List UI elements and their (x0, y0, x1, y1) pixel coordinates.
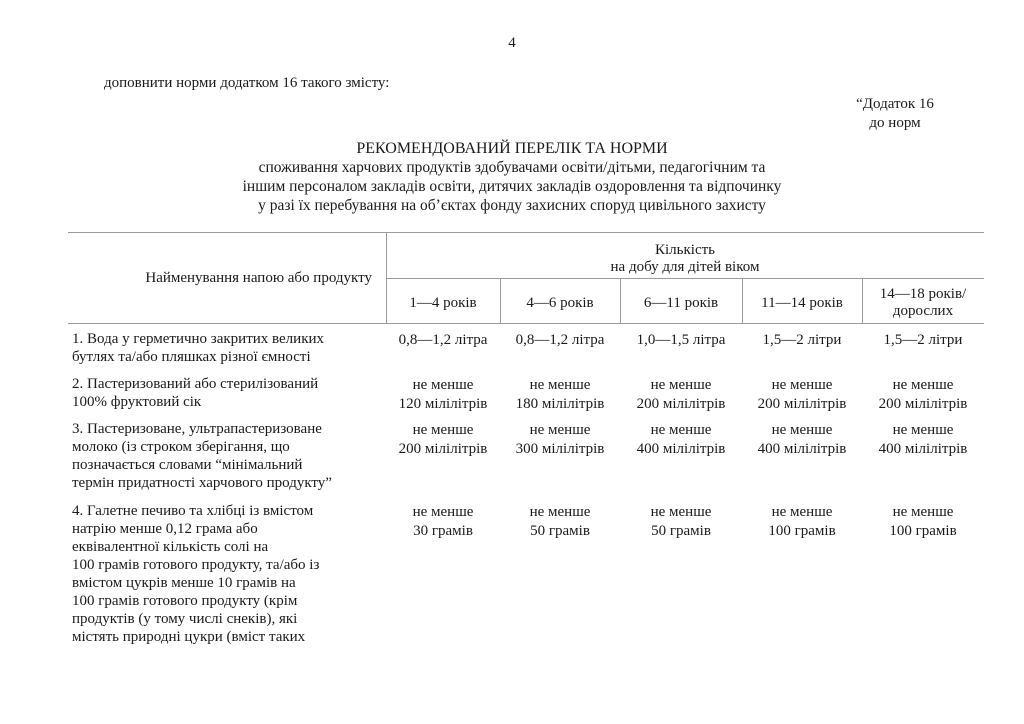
product-name-line: 2. Пастеризований або стерилізований (72, 375, 384, 393)
quantity-line: не менше (386, 376, 500, 395)
header-quantity: Кількість на добу для дітей віком (386, 242, 984, 276)
quantity-line: 50 грамів (620, 522, 742, 541)
quantity-line: не менше (620, 421, 742, 440)
title-line-4: у разі їх перебування на об’єктах фонду … (0, 196, 1024, 215)
quantity-line: не менше (500, 503, 620, 522)
quantity-line: не менше (620, 503, 742, 522)
table-cell-quantity: 0,8—1,2 літра (500, 331, 620, 350)
quantity-line: не менше (500, 421, 620, 440)
product-name-line: 100 грамів готового продукту (крім (72, 592, 384, 610)
quantity-line: не менше (500, 376, 620, 395)
header-age-6-11: 6—11 років (620, 284, 742, 322)
header-age-4-6: 4—6 років (500, 284, 620, 322)
table-cell-quantity: не менше400 мілілітрів (862, 421, 984, 459)
quantity-line: 300 мілілітрів (500, 440, 620, 459)
title-main: РЕКОМЕНДОВАНИЙ ПЕРЕЛІК ТА НОРМИ (0, 139, 1024, 158)
product-name-line: містять природні цукри (вміст таких (72, 628, 384, 646)
annex-label: “Додаток 16 до норм (820, 95, 970, 133)
table-cell-quantity: 1,5—2 літри (862, 331, 984, 350)
product-name-line: термін придатності харчового продукту” (72, 474, 384, 492)
header-product-name: Найменування напою або продукту (68, 270, 386, 287)
quantity-line: 100 грамів (742, 522, 862, 541)
quantity-line: не менше (742, 503, 862, 522)
quantity-line: 400 мілілітрів (862, 440, 984, 459)
table-cell-quantity: не менше300 мілілітрів (500, 421, 620, 459)
table-cell-quantity: не менше100 грамів (742, 503, 862, 541)
quantity-line: 1,5—2 літри (742, 331, 862, 350)
quantity-line: 400 мілілітрів (620, 440, 742, 459)
age-label: 4—6 років (526, 295, 593, 312)
annex-line-2: до норм (820, 114, 970, 133)
quantity-line: не менше (742, 376, 862, 395)
header-quantity-line-2: на добу для дітей віком (386, 259, 984, 276)
table-cell-quantity: не менше400 мілілітрів (620, 421, 742, 459)
table-row-product-name: 4. Галетне печиво та хлібці із вмістомна… (72, 502, 384, 646)
quantity-line: 30 грамів (386, 522, 500, 541)
age-label: 1—4 років (409, 295, 476, 312)
table-cell-quantity: не менше50 грамів (620, 503, 742, 541)
quantity-line: не менше (862, 376, 984, 395)
quantity-line: 200 мілілітрів (742, 395, 862, 414)
table-cell-quantity: не менше120 мілілітрів (386, 376, 500, 414)
table-cell-quantity: не менше200 мілілітрів (742, 376, 862, 414)
quantity-line: 400 мілілітрів (742, 440, 862, 459)
table-cell-quantity: не менше200 мілілітрів (620, 376, 742, 414)
table-cell-quantity: не менше200 мілілітрів (386, 421, 500, 459)
product-name-line: еквівалентної кількість солі на (72, 538, 384, 556)
table-header-bottom-rule (68, 323, 984, 324)
table-row-product-name: 1. Вода у герметично закритих великихбут… (72, 330, 384, 366)
table-cell-quantity: не менше400 мілілітрів (742, 421, 862, 459)
product-name-line: 1. Вода у герметично закритих великих (72, 330, 384, 348)
table-cell-quantity: 1,0—1,5 літра (620, 331, 742, 350)
age-label: 11—14 років (761, 295, 843, 312)
quantity-line: 200 мілілітрів (862, 395, 984, 414)
document-title: РЕКОМЕНДОВАНИЙ ПЕРЕЛІК ТА НОРМИ споживан… (0, 139, 1024, 215)
product-name-line: натрію менше 0,12 грама або (72, 520, 384, 538)
product-name-line: вмістом цукрів менше 10 грамів на (72, 574, 384, 592)
age-label: 6—11 років (644, 295, 718, 312)
table-cell-quantity: 0,8—1,2 літра (386, 331, 500, 350)
quantity-line: 100 грамів (862, 522, 984, 541)
product-name-line: 4. Галетне печиво та хлібці із вмістом (72, 502, 384, 520)
quantity-line: 180 мілілітрів (500, 395, 620, 414)
product-name-line: 100% фруктовий сік (72, 393, 384, 411)
quantity-line: не менше (862, 503, 984, 522)
product-name-line: молоко (із строком зберігання, що (72, 438, 384, 456)
annex-line-1: “Додаток 16 (820, 95, 970, 114)
quantity-line: 1,0—1,5 літра (620, 331, 742, 350)
age-label-line-2: дорослих (880, 303, 966, 320)
table-cell-quantity: 1,5—2 літри (742, 331, 862, 350)
quantity-line: 0,8—1,2 літра (500, 331, 620, 350)
product-name-line: 100 грамів готового продукту, та/або із (72, 556, 384, 574)
page-number: 4 (0, 35, 1024, 52)
age-label: 14—18 років/ (880, 286, 966, 303)
table-subheader-rule (386, 278, 984, 279)
product-name-line: продуктів (у тому числі снеків), які (72, 610, 384, 628)
title-line-2: споживання харчових продуктів здобувачам… (0, 158, 1024, 177)
table-cell-quantity: не менше30 грамів (386, 503, 500, 541)
table-cell-quantity: не менше100 грамів (862, 503, 984, 541)
quantity-line: 200 мілілітрів (620, 395, 742, 414)
quantity-line: не менше (742, 421, 862, 440)
product-name-line: 3. Пастеризоване, ультрапастеризоване (72, 420, 384, 438)
intro-text: доповнити норми додатком 16 такого зміст… (104, 75, 389, 92)
table-row-product-name: 3. Пастеризоване, ультрапастеризованемол… (72, 420, 384, 492)
quantity-line: 120 мілілітрів (386, 395, 500, 414)
table-cell-quantity: не менше200 мілілітрів (862, 376, 984, 414)
product-name-line: бутлях та/або пляшках різної ємності (72, 348, 384, 366)
title-line-3: іншим персоналом закладів освіти, дитячи… (0, 177, 1024, 196)
quantity-line: 0,8—1,2 літра (386, 331, 500, 350)
table-cell-quantity: не менше180 мілілітрів (500, 376, 620, 414)
quantity-line: не менше (386, 421, 500, 440)
quantity-line: 200 мілілітрів (386, 440, 500, 459)
table-top-rule (68, 232, 984, 233)
header-age-1-4: 1—4 років (386, 284, 500, 322)
header-age-14-18-adults: 14—18 років/ дорослих (862, 284, 984, 322)
header-age-11-14: 11—14 років (742, 284, 862, 322)
quantity-line: не менше (386, 503, 500, 522)
quantity-line: не менше (862, 421, 984, 440)
header-quantity-line-1: Кількість (386, 242, 984, 259)
quantity-line: 1,5—2 літри (862, 331, 984, 350)
quantity-line: 50 грамів (500, 522, 620, 541)
table-row-product-name: 2. Пастеризований або стерилізований100%… (72, 375, 384, 411)
quantity-line: не менше (620, 376, 742, 395)
table-cell-quantity: не менше50 грамів (500, 503, 620, 541)
product-name-line: позначається словами “мінімальний (72, 456, 384, 474)
